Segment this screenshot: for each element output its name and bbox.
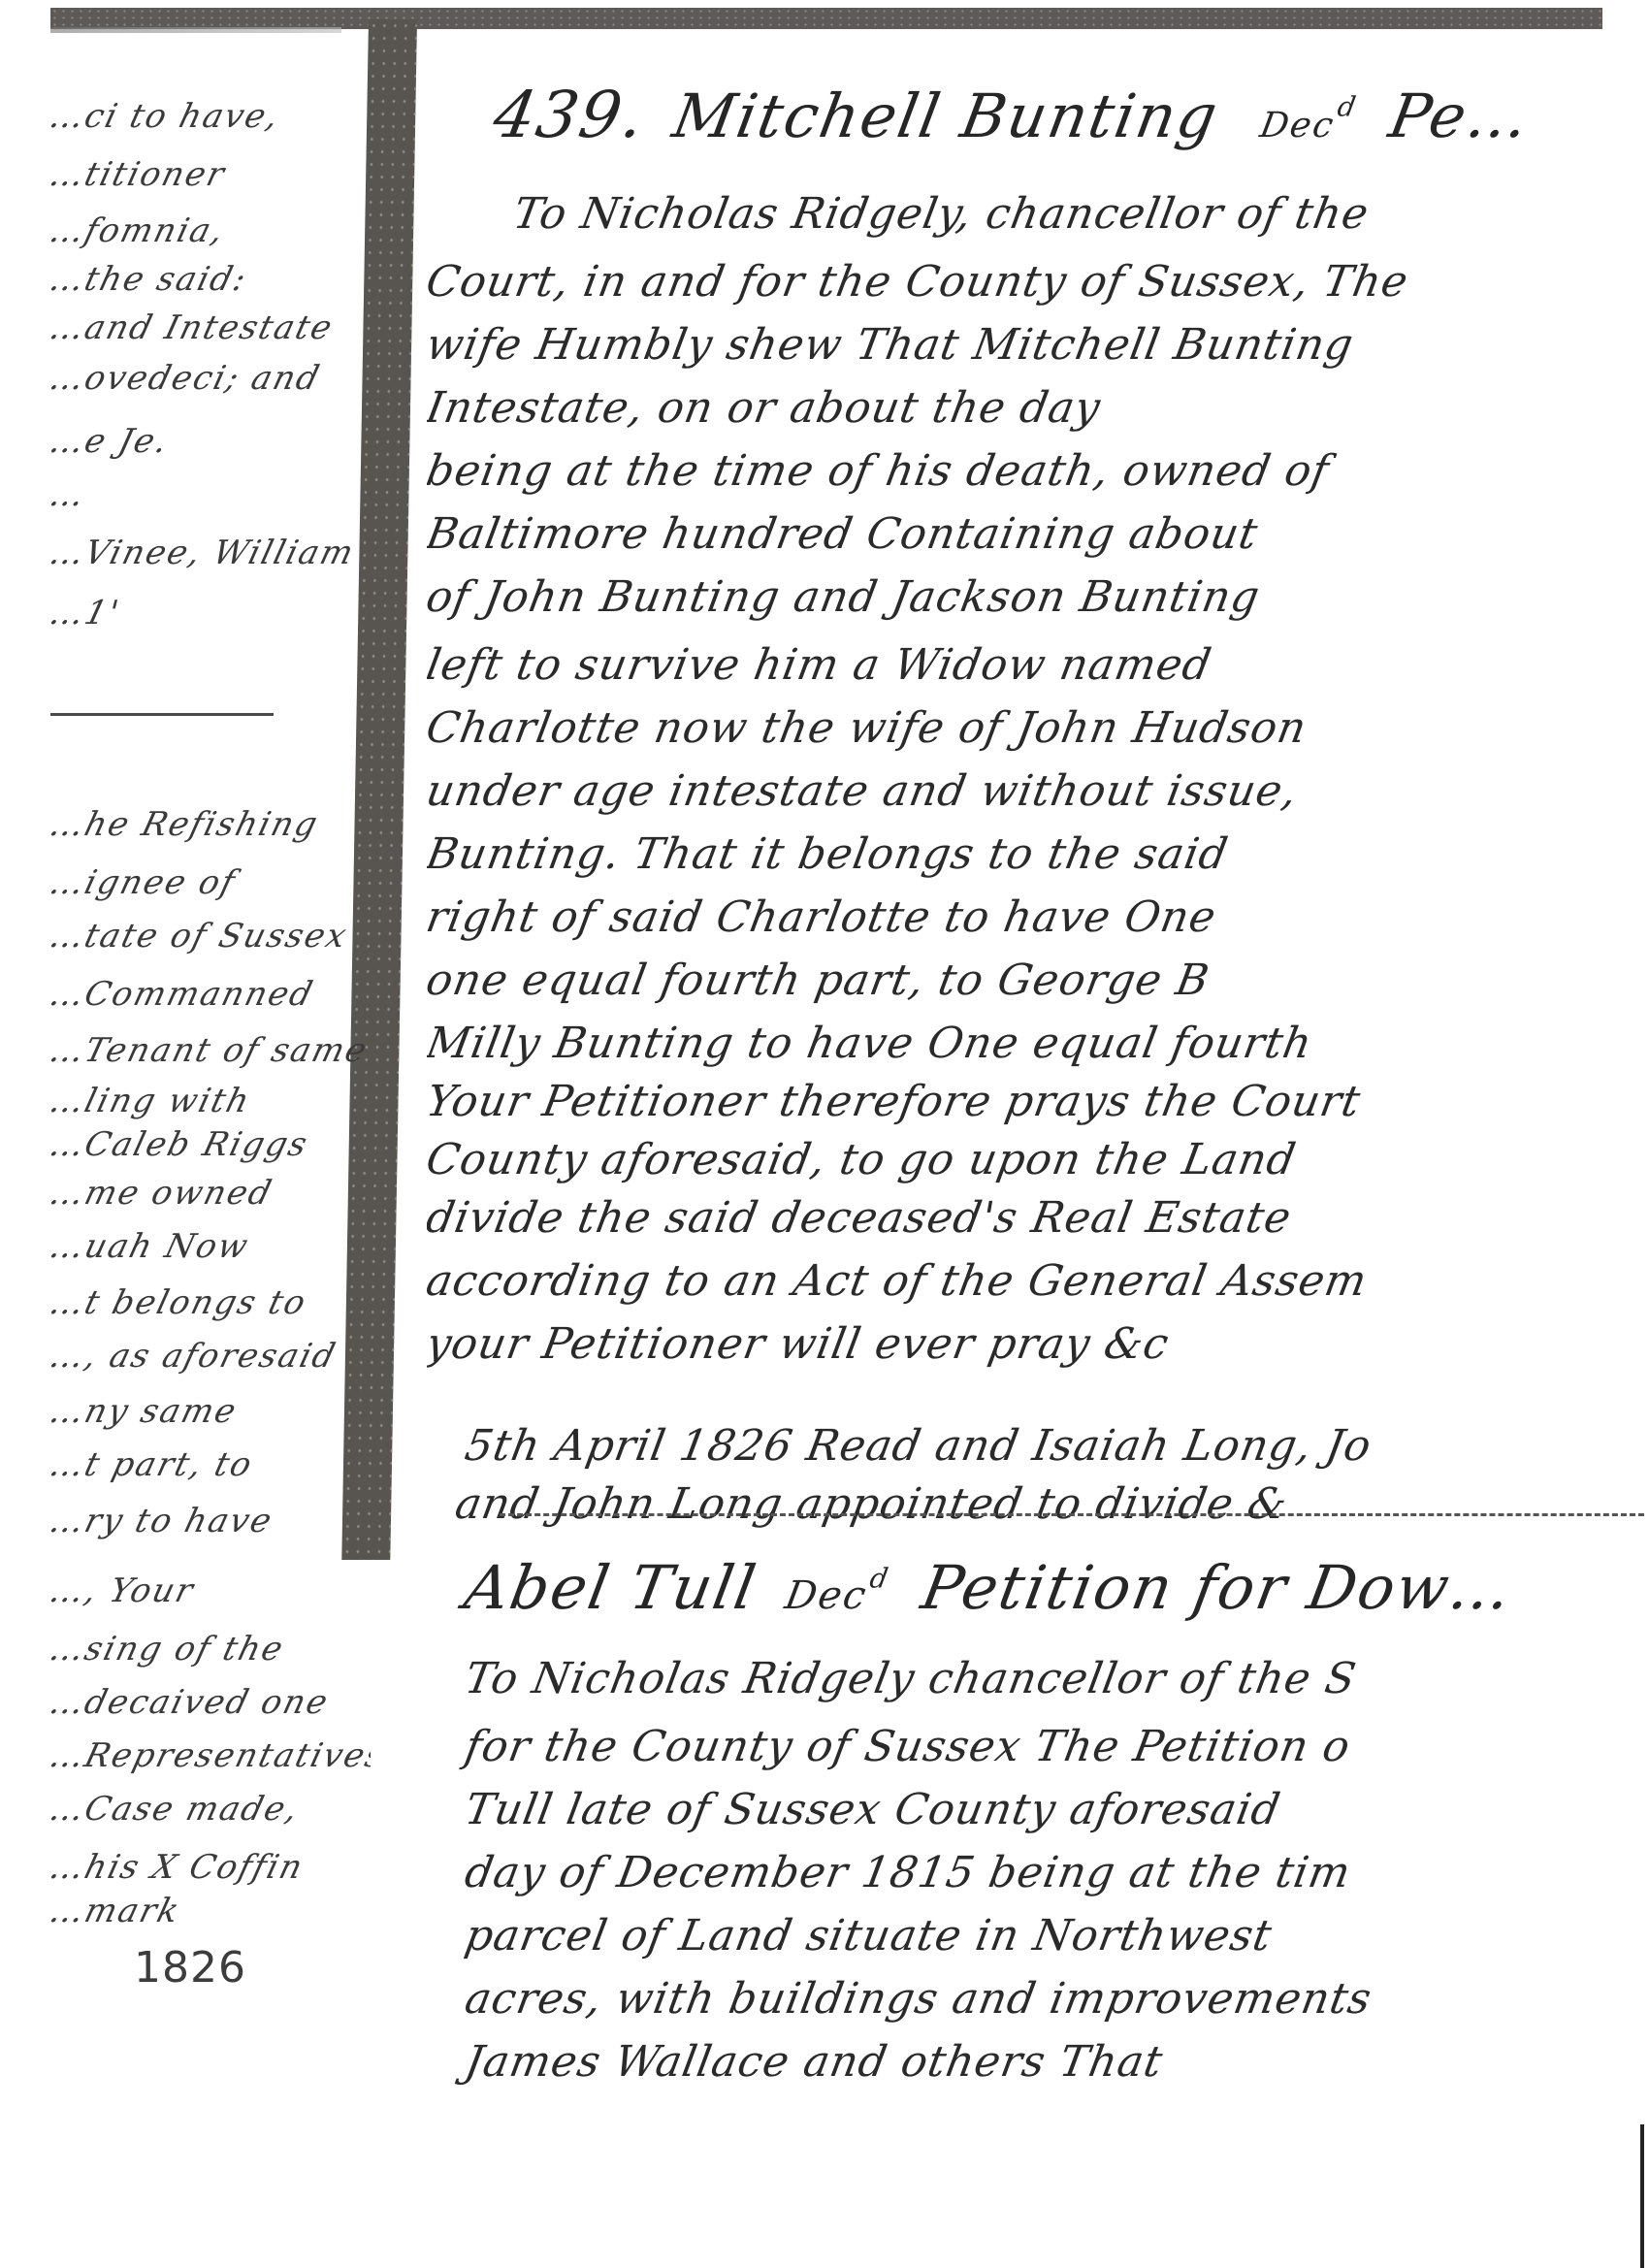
- entry-line: your Petitioner will ever pray &c: [427, 1319, 1173, 1369]
- entry-line: County aforesaid, to go upon the Land: [427, 1135, 1300, 1184]
- left-line: …Commanned: [50, 975, 318, 1014]
- entry-line: according to an Act of the General Assem: [427, 1256, 1371, 1306]
- left-line: …: [50, 475, 90, 514]
- entry-line: Court, in and for the County of Sussex, …: [427, 257, 1412, 307]
- order-line: and John Long appointed to divide &: [452, 1479, 1292, 1529]
- left-line: …his X Coffin: [50, 1848, 307, 1887]
- entry-line: parcel of Land situate in Northwest: [462, 1911, 1277, 1960]
- entry-title: Abel Tull: [460, 1552, 763, 1623]
- year-annotation: 1826: [134, 1943, 246, 1993]
- entry-line: right of said Charlotte to have One: [427, 892, 1220, 942]
- left-line: …tate of Sussex: [50, 917, 352, 956]
- scan-right-edge: [1640, 2124, 1644, 2268]
- entry-line: for the County of Sussex The Petition o: [462, 1722, 1355, 1771]
- entry-line: one equal fourth part, to George B: [427, 956, 1213, 1005]
- left-line: …, Your: [50, 1571, 199, 1610]
- entry-line: of John Bunting and Jackson Bunting: [427, 572, 1264, 622]
- scan-frame-top-border: [50, 8, 1602, 29]
- left-line: …ovedeci; and: [50, 359, 325, 398]
- entry-title-sup: d: [1335, 90, 1360, 122]
- left-section-rule: [50, 713, 274, 716]
- left-line: …ci to have,: [50, 97, 284, 136]
- left-line: …ling with: [50, 1082, 255, 1120]
- left-line: …he Refishing: [50, 805, 323, 844]
- entry-line: being at the time of his death, owned of: [427, 446, 1333, 496]
- left-line: …Case made,: [50, 1790, 304, 1829]
- left-line: …sing of the: [50, 1630, 288, 1669]
- left-line: …titioner: [50, 155, 230, 194]
- left-page-column: …ci to have, …titioner …fomnia, …the sai…: [50, 58, 371, 1571]
- entry-line: Milly Bunting to have One equal fourth: [427, 1019, 1316, 1068]
- entry-separator-rule: [500, 1513, 1644, 1516]
- left-line: …, as aforesaid: [50, 1337, 340, 1376]
- left-line: …decaived one: [50, 1683, 333, 1722]
- entry-title: Mitchell Bunting: [667, 81, 1224, 151]
- entry-line: Baltimore hundred Containing about: [427, 509, 1262, 559]
- entry-title-sup: d: [867, 1562, 892, 1594]
- left-line: …ignee of: [50, 863, 241, 902]
- left-line: …t part, to: [50, 1445, 257, 1484]
- entry-line: Your Petitioner therefore prays the Cour…: [427, 1077, 1365, 1126]
- left-line: …ny same: [50, 1392, 242, 1431]
- left-line: …Vinee, William: [50, 534, 359, 572]
- left-line: …fomnia,: [50, 211, 229, 250]
- left-line: …the said:: [50, 260, 251, 299]
- left-line: …1': [50, 594, 124, 632]
- left-line: …ry to have: [50, 1502, 277, 1540]
- left-line: …Caleb Riggs: [50, 1125, 312, 1164]
- left-line: …uah Now: [50, 1227, 253, 1266]
- entry-title-abbrev: Dec: [1257, 106, 1339, 146]
- entry-line: Tull late of Sussex County aforesaid: [462, 1785, 1285, 1834]
- entry-line: acres, with buildings and improvements: [462, 1974, 1376, 2024]
- left-line: …Tenant of same: [50, 1031, 371, 1070]
- entry-line: under age intestate and without issue,: [427, 766, 1302, 816]
- left-line: …and Intestate: [50, 308, 338, 347]
- entry-line: James Wallace and others That: [462, 2037, 1167, 2087]
- entry-number: 439.: [488, 78, 652, 152]
- entry-title-abbrev: Dec: [782, 1573, 871, 1618]
- entry-heading: Abel Tull Decd Petition for Dow…: [460, 1552, 1519, 1623]
- entry-line: To Nicholas Ridgely chancellor of the S: [462, 1654, 1361, 1703]
- left-line: …Representatives,: [50, 1736, 371, 1775]
- left-line: …me owned: [50, 1174, 277, 1213]
- main-page-column-lower: Abel Tull Decd Petition for Dow… To Nich…: [427, 1542, 1600, 2144]
- left-line: …mark: [50, 1892, 184, 1930]
- entry-line: Charlotte now the wife of John Hudson: [427, 703, 1310, 753]
- scan-frame-shadow: [50, 27, 341, 33]
- entry-line: day of December 1815 being at the tim: [462, 1848, 1355, 1897]
- entry-line: divide the said deceased's Real Estate: [427, 1193, 1295, 1243]
- entry-line: wife Humbly shew That Mitchell Bunting: [427, 320, 1357, 370]
- entry-line: Intestate, on or about the day: [427, 383, 1105, 433]
- entry-title-trailing: Petition for Dow…: [917, 1552, 1519, 1623]
- order-line: 5th April 1826 Read and Isaiah Long, Jo: [462, 1421, 1375, 1471]
- main-page-column: 439.Mitchell Bunting Decd Pe… To Nichola…: [427, 58, 1600, 1571]
- entry-line: To Nicholas Ridgely, chancellor of the: [427, 189, 1373, 239]
- left-page-column-lower: …, Your …sing of the …decaived one …Repr…: [50, 1571, 371, 1960]
- entry-heading: 439.Mitchell Bunting Decd Pe…: [488, 78, 1536, 152]
- entry-title-trailing: Pe…: [1384, 81, 1536, 151]
- left-line: …t belongs to: [50, 1283, 311, 1322]
- entry-line: Bunting. That it belongs to the said: [427, 829, 1232, 879]
- entry-line: left to survive him a Widow named: [427, 640, 1215, 690]
- left-line: …e Je.: [50, 422, 173, 461]
